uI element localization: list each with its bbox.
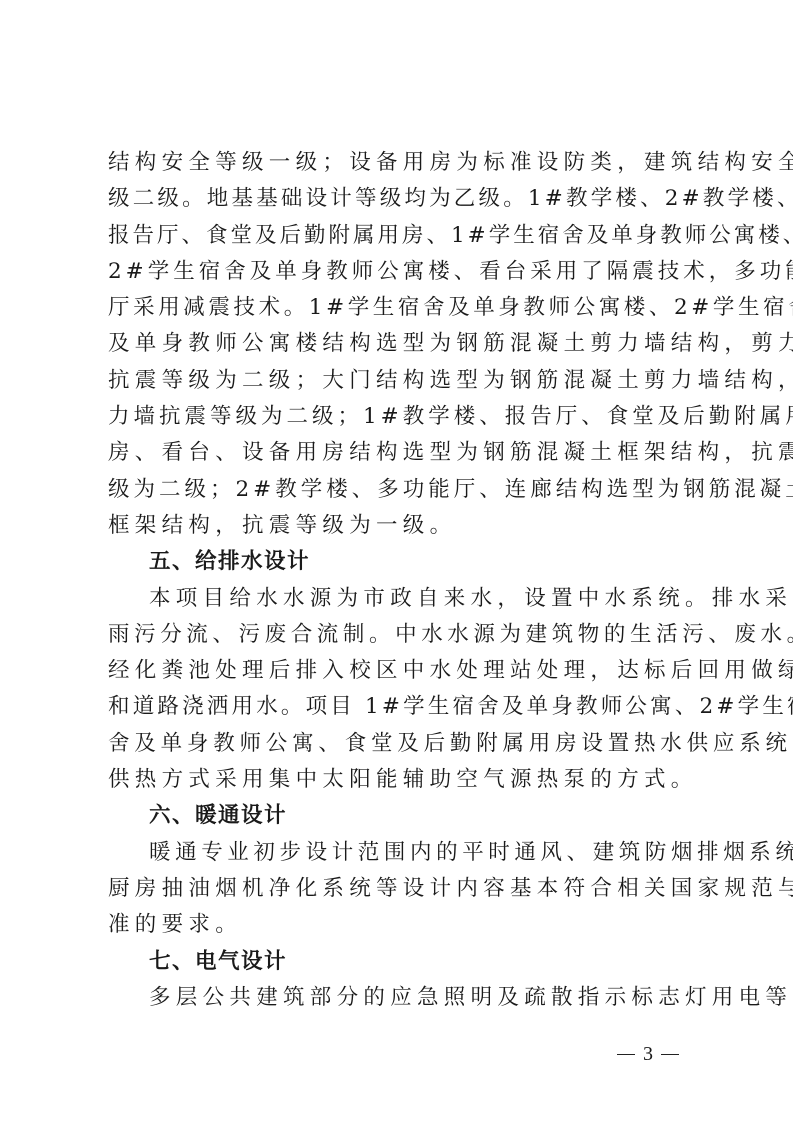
- body-line: 雨污分流、污废合流制。中水水源为建筑物的生活污、废水。: [108, 617, 680, 653]
- dash-right: [661, 1054, 679, 1055]
- body-line: 准的要求。: [108, 907, 680, 943]
- section-heading-electrical: 七、电气设计: [108, 944, 680, 980]
- body-line: 和道路浇洒用水。项目 1#学生宿舍及单身教师公寓、2#学生宿: [108, 689, 680, 725]
- body-line: 暖通专业初步设计范围内的平时通风、建筑防烟排烟系统、: [108, 835, 680, 871]
- body-line: 厨房抽油烟机净化系统等设计内容基本符合相关国家规范与标: [108, 871, 680, 907]
- page-number-value: 3: [643, 1043, 653, 1066]
- body-line: 结构安全等级一级；设备用房为标准设防类，建筑结构安全等: [108, 145, 680, 181]
- body-line: 及单身教师公寓楼结构选型为钢筋混凝土剪力墙结构，剪力墙: [108, 326, 680, 362]
- section-heading-water: 五、给排水设计: [108, 544, 680, 580]
- document-body: 结构安全等级一级；设备用房为标准设防类，建筑结构安全等 级二级。地基基础设计等级…: [108, 145, 680, 1016]
- body-line: 2#学生宿舍及单身教师公寓楼、看台采用了隔震技术，多功能: [108, 254, 680, 290]
- body-line: 级为二级；2#教学楼、多功能厅、连廊结构选型为钢筋混凝土: [108, 472, 680, 508]
- page-number: 3: [617, 1043, 679, 1066]
- body-line: 报告厅、食堂及后勤附属用房、1#学生宿舍及单身教师公寓楼、: [108, 218, 680, 254]
- body-line: 抗震等级为二级；大门结构选型为钢筋混凝土剪力墙结构，剪: [108, 363, 680, 399]
- dash-left: [617, 1054, 635, 1055]
- body-line: 框架结构，抗震等级为一级。: [108, 508, 680, 544]
- body-line: 舍及单身教师公寓、食堂及后勤附属用房设置热水供应系统，: [108, 726, 680, 762]
- body-line: 房、看台、设备用房结构选型为钢筋混凝土框架结构，抗震等: [108, 435, 680, 471]
- section-heading-hvac: 六、暖通设计: [108, 798, 680, 834]
- body-line: 供热方式采用集中太阳能辅助空气源热泵的方式。: [108, 762, 680, 798]
- body-line: 级二级。地基基础设计等级均为乙级。1#教学楼、2#教学楼、: [108, 181, 680, 217]
- body-line: 本项目给水水源为市政自来水，设置中水系统。排水采用: [108, 581, 680, 617]
- body-line: 经化粪池处理后排入校区中水处理站处理，达标后回用做绿化: [108, 653, 680, 689]
- body-line: 厅采用减震技术。1#学生宿舍及单身教师公寓楼、2#学生宿舍: [108, 290, 680, 326]
- body-line: 力墙抗震等级为二级；1#教学楼、报告厅、食堂及后勤附属用: [108, 399, 680, 435]
- body-line: 多层公共建筑部分的应急照明及疏散指示标志灯用电等消: [108, 980, 680, 1016]
